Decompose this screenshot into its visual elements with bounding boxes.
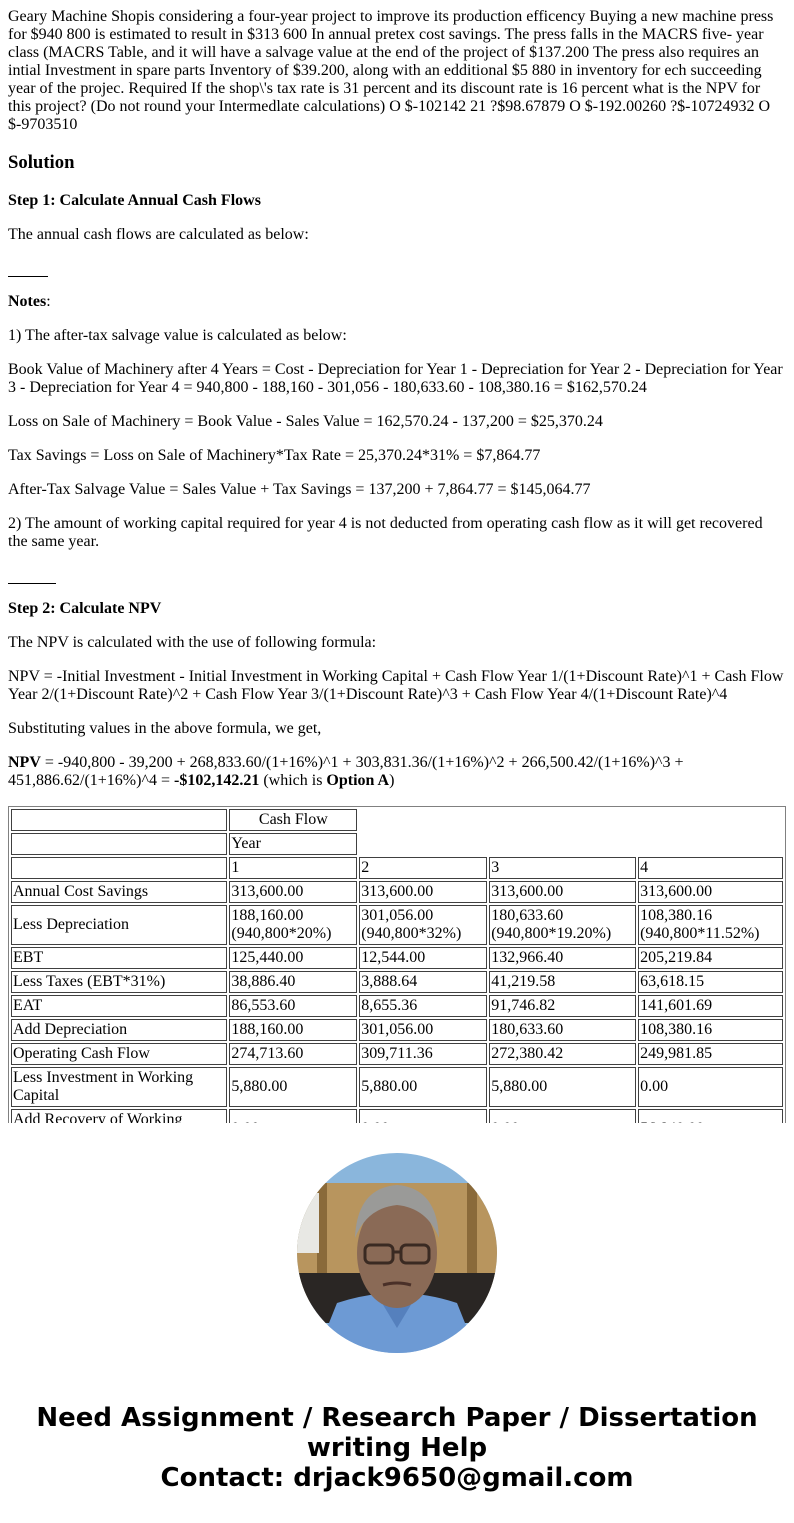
table-year-cell: 1 [229,857,357,879]
table-cell-value: 8,655.36 [359,995,487,1017]
table-row: EAT86,553.608,655.3691,746.82141,601.69 [11,995,783,1017]
table-cell-value: 0.00 [638,1067,783,1107]
table-row: Less Taxes (EBT*31%)38,886.403,888.6441,… [11,971,783,993]
table-cell-value: 0.00 [359,1109,487,1123]
table-cell-value: 313,600.00 [489,881,636,903]
tutor-avatar [297,1153,497,1353]
table-cell-value: 56,840.00 [638,1109,783,1123]
table-row-label: EAT [11,995,227,1017]
table-cell-value: 313,600.00 [229,881,357,903]
table-cell-value: 188,160.00 [229,1019,357,1041]
note-item: Tax Savings = Loss on Sale of Machinery*… [8,447,786,465]
table-row: Add Recovery of Working Capital (39,200 … [11,1109,783,1123]
table-cell-empty [11,833,227,855]
table-cell-value: 86,553.60 [229,995,357,1017]
table-row: Operating Cash Flow274,713.60309,711.362… [11,1043,783,1065]
table-cell-value: 188,160.00 (940,800*20%) [229,905,357,945]
table-row: Add Depreciation188,160.00301,056.00180,… [11,1019,783,1041]
promo-line: writing Help [0,1433,794,1463]
note-item: Book Value of Machinery after 4 Years = … [8,361,786,397]
npv-calculation: NPV = -940,800 - 39,200 + 268,833.60/(1+… [8,754,786,790]
answer-option: Option A [326,772,389,789]
table-row-label: Add Recovery of Working Capital (39,200 … [11,1109,227,1123]
table-cell-value: 180,633.60 (940,800*19.20%) [489,905,636,945]
table-row-label: Less Investment in Working Capital [11,1067,227,1107]
note-item: 2) The amount of working capital require… [8,515,786,551]
table-header-row: Cash Flow [11,809,783,831]
note-item: Loss on Sale of Machinery = Book Value -… [8,413,786,431]
note-item: After-Tax Salvage Value = Sales Value + … [8,481,786,499]
npv-formula: NPV = -Initial Investment - Initial Inve… [8,668,786,704]
table-header-row: Year [11,833,783,855]
table-cell-value: 12,544.00 [359,947,487,969]
table-row-label: Operating Cash Flow [11,1043,227,1065]
cash-flow-table: Cash Flow Year 1 2 3 4 Annual Cost Savin… [8,806,786,1123]
table-cell-value: 132,966.40 [489,947,636,969]
table-cell-value: 313,600.00 [359,881,487,903]
solution-heading: Solution [8,152,786,174]
which-is-suffix: ) [389,772,394,789]
table-cell-value: 301,056.00 (940,800*32%) [359,905,487,945]
table-row-label: Less Taxes (EBT*31%) [11,971,227,993]
tutor-portrait-icon [297,1153,497,1353]
table-cell-value: 5,880.00 [229,1067,357,1107]
step2-title: Step 2: Calculate NPV [8,600,786,618]
table-year-cell: 3 [489,857,636,879]
table-cell-value: 141,601.69 [638,995,783,1017]
substituting-text: Substituting values in the above formula… [8,720,786,738]
table-row: Less Investment in Working Capital5,880.… [11,1067,783,1107]
table-row-label: Add Depreciation [11,1019,227,1041]
promo-line: Need Assignment / Research Paper / Disse… [0,1403,794,1433]
table-row-label: Less Depreciation [11,905,227,945]
table-cell-value: 5,880.00 [489,1067,636,1107]
table-cell-value: 272,380.42 [489,1043,636,1065]
notes-label: Notes [8,293,46,310]
table-cell-blank [359,833,783,855]
table-row: Less Depreciation188,160.00 (940,800*20%… [11,905,783,945]
table-cell-value: 180,633.60 [489,1019,636,1041]
table-cell-value: 274,713.60 [229,1043,357,1065]
table-cell-value: 249,981.85 [638,1043,783,1065]
step2-intro: The NPV is calculated with the use of fo… [8,634,786,652]
table-cell-value: 309,711.36 [359,1043,487,1065]
table-cell-value: 205,219.84 [638,947,783,969]
table-year-cell: 2 [359,857,487,879]
promo-banner: Need Assignment / Research Paper / Disse… [0,1403,794,1493]
question-text: Geary Machine Shopis considering a four-… [8,8,786,134]
table-cell-value: 125,440.00 [229,947,357,969]
npv-result: -$102,142.21 [174,772,259,789]
table-header-cash-flow: Cash Flow [229,809,357,831]
which-is-prefix: (which is [259,772,326,789]
table-cell-value: 0.00 [229,1109,357,1123]
table-row-label: EBT [11,947,227,969]
table-cell-empty [11,857,227,879]
divider-rule [8,583,56,584]
table-cell-value: 41,219.58 [489,971,636,993]
notes-heading: Notes: [8,293,786,311]
table-cell-value: 5,880.00 [359,1067,487,1107]
divider-rule [8,276,48,277]
npv-label: NPV [8,754,41,771]
table-row-label: Annual Cost Savings [11,881,227,903]
table-cell-value: 108,380.16 [638,1019,783,1041]
table-cell-value: 3,888.64 [359,971,487,993]
table-cell-value: 91,746.82 [489,995,636,1017]
table-cell-empty [11,809,227,831]
table-cell-value: 38,886.40 [229,971,357,993]
table-row: EBT125,440.0012,544.00132,966.40205,219.… [11,947,783,969]
promo-contact: Contact: drjack9650@gmail.com [0,1463,794,1493]
table-cell-value: 63,618.15 [638,971,783,993]
table-year-row: 1 2 3 4 [11,857,783,879]
note-item: 1) The after-tax salvage value is calcul… [8,327,786,345]
table-cell-value: 0.00 [489,1109,636,1123]
table-row: Annual Cost Savings313,600.00313,600.003… [11,881,783,903]
table-cell-value: 301,056.00 [359,1019,487,1041]
solution-document: Geary Machine Shopis considering a four-… [8,0,786,1123]
table-cell-value: 313,600.00 [638,881,783,903]
step1-intro: The annual cash flows are calculated as … [8,226,786,244]
notes-colon: : [46,293,50,310]
table-cell-value: 108,380.16 (940,800*11.52%) [638,905,783,945]
table-cell-blank [359,809,783,831]
table-header-year: Year [229,833,357,855]
step1-title: Step 1: Calculate Annual Cash Flows [8,192,786,210]
table-year-cell: 4 [638,857,783,879]
